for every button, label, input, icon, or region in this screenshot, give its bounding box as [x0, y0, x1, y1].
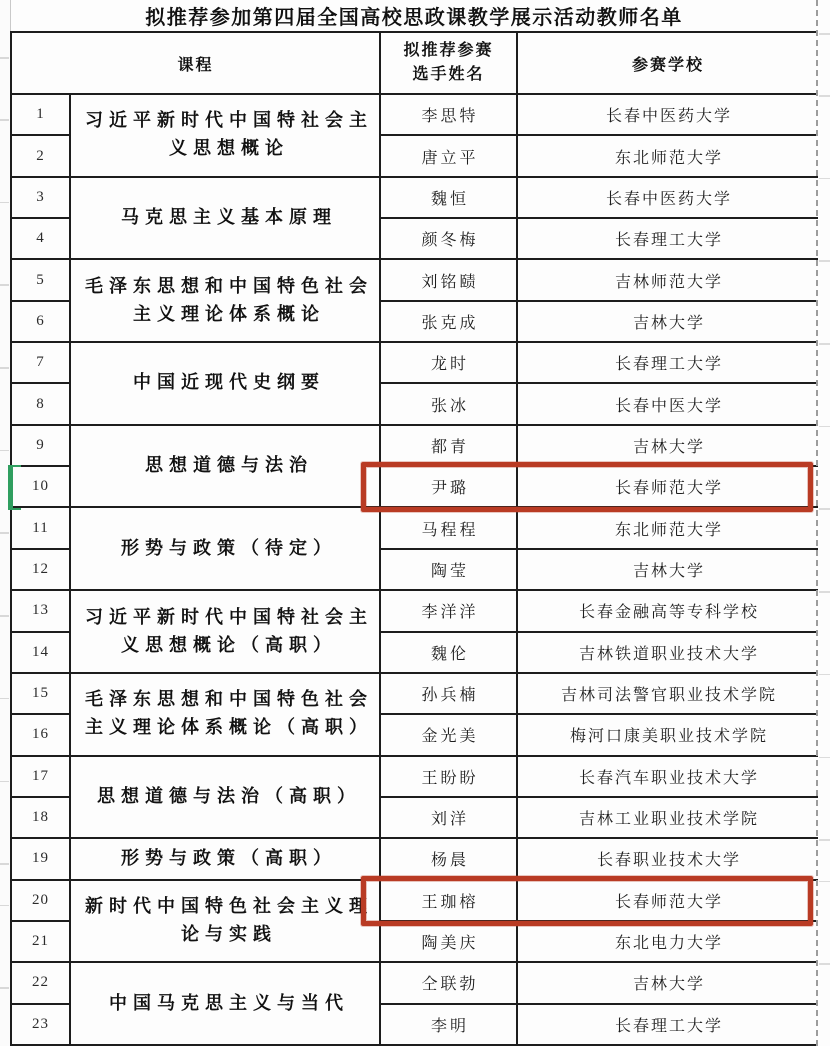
row-number-cell: 5	[12, 260, 71, 301]
school-cell: 长春金融高等专科学校	[518, 591, 818, 632]
row-number-cell: 8	[12, 384, 71, 425]
gridline-tick-left	[0, 119, 9, 121]
course-cell: 毛泽东思想和中国特色社会主义理论体系概论	[71, 260, 381, 343]
teacher-name-cell: 仝联勃	[381, 963, 518, 1004]
teacher-name-cell: 张克成	[381, 302, 518, 343]
row-number-cell: 11	[12, 508, 71, 549]
school-cell: 长春中医药大学	[518, 178, 818, 219]
gridline-tick-right	[819, 95, 830, 97]
teacher-name-cell: 魏伦	[381, 633, 518, 674]
gridline-tick-left	[0, 698, 9, 700]
teacher-name-cell: 魏恒	[381, 178, 518, 219]
gridline-tick-left	[0, 202, 9, 204]
highlight-box-row20	[361, 876, 813, 926]
school-cell: 吉林师范大学	[518, 260, 818, 301]
course-cell: 形势与政策（待定）	[71, 508, 381, 591]
teacher-name-cell: 龙时	[381, 343, 518, 384]
teacher-name-cell: 颜冬梅	[381, 219, 518, 260]
row-number-cell: 1	[12, 95, 71, 136]
course-cell: 中国马克思主义与当代	[71, 963, 381, 1046]
school-cell: 吉林大学	[518, 426, 818, 467]
teacher-name-cell: 王盼盼	[381, 757, 518, 798]
row-number-cell: 6	[12, 302, 71, 343]
gridline-tick-right	[819, 426, 830, 428]
row-number-cell: 12	[12, 550, 71, 591]
header-contestant-name: 拟推荐参赛 选手姓名	[381, 33, 518, 95]
gridline-tick-right	[819, 591, 830, 593]
gridline-tick-right	[819, 260, 830, 262]
school-cell: 梅河口康美职业技术学院	[518, 715, 818, 756]
school-cell: 吉林工业职业技术学院	[518, 798, 818, 839]
school-cell: 东北师范大学	[518, 508, 818, 549]
gridline-tick-left	[0, 863, 9, 865]
gridline-tick-left	[0, 987, 9, 989]
gridline-tick-right	[819, 343, 830, 345]
gridline-tick-left	[0, 367, 9, 369]
row-number-cell: 21	[12, 922, 71, 963]
teacher-name-cell: 李洋洋	[381, 591, 518, 632]
course-cell: 思想道德与法治	[71, 426, 381, 509]
school-cell: 长春理工大学	[518, 343, 818, 384]
row-number-cell: 3	[12, 178, 71, 219]
teacher-name-cell: 金光美	[381, 715, 518, 756]
gridline-tick-right	[819, 757, 830, 759]
teacher-name-cell: 马程程	[381, 508, 518, 549]
row-number-cell: 13	[12, 591, 71, 632]
gridline-tick-left	[0, 781, 9, 783]
teacher-name-cell: 孙兵楠	[381, 674, 518, 715]
row-number-cell: 17	[12, 757, 71, 798]
teacher-name-cell: 杨晨	[381, 839, 518, 880]
table-title: 拟推荐参加第四届全国高校思政课教学展示活动教师名单	[10, 0, 818, 33]
teacher-name-cell: 都青	[381, 426, 518, 467]
gridline-tick-right	[819, 178, 830, 180]
page-break-dashed-line	[816, 0, 818, 1046]
row-number-cell: 2	[12, 136, 71, 177]
table-header-row: 课程 拟推荐参赛 选手姓名 参赛学校	[10, 33, 818, 95]
teacher-name-cell: 张冰	[381, 384, 518, 425]
row-number-cell: 10	[12, 467, 71, 508]
course-cell: 思想道德与法治（高职）	[71, 757, 381, 840]
course-cell: 习近平新时代中国特社会主义思想概论（高职）	[71, 591, 381, 674]
teacher-name-cell: 陶莹	[381, 550, 518, 591]
gridline-tick-left	[0, 450, 9, 452]
spreadsheet-page: 拟推荐参加第四届全国高校思政课教学展示活动教师名单 课程 拟推荐参赛 选手姓名 …	[0, 0, 830, 1046]
gridline-tick-right	[819, 963, 830, 965]
school-cell: 吉林司法警官职业技术学院	[518, 674, 818, 715]
school-cell: 吉林大学	[518, 302, 818, 343]
row-number-cell: 23	[12, 1005, 71, 1046]
school-cell: 长春中医大学	[518, 384, 818, 425]
school-cell: 长春理工大学	[518, 1005, 818, 1046]
school-cell: 东北电力大学	[518, 922, 818, 963]
row-number-cell: 20	[12, 881, 71, 922]
school-cell: 吉林大学	[518, 963, 818, 1004]
gridline-tick-right	[819, 508, 830, 510]
course-cell: 中国近现代史纲要	[71, 343, 381, 426]
row-number-cell: 4	[12, 219, 71, 260]
course-cell: 新时代中国特色社会主义理论与实践	[71, 881, 381, 964]
teacher-name-cell: 李明	[381, 1005, 518, 1046]
highlight-box-row10	[361, 462, 813, 512]
row-number-cell: 7	[12, 343, 71, 384]
school-cell: 长春职业技术大学	[518, 839, 818, 880]
row-number-cell: 18	[12, 798, 71, 839]
gridline-tick-right	[819, 674, 830, 676]
gridline-tick-left	[0, 615, 9, 617]
gridline-tick-right	[819, 839, 830, 841]
row-number-cell: 19	[12, 839, 71, 880]
gridline-tick-left	[0, 532, 9, 534]
teacher-name-cell: 李思特	[381, 95, 518, 136]
course-cell: 习近平新时代中国特社会主义思想概论	[71, 95, 381, 178]
header-school: 参赛学校	[518, 33, 818, 95]
header-course: 课程	[12, 33, 381, 95]
gridline-tick-left	[0, 284, 9, 286]
teacher-name-cell: 唐立平	[381, 136, 518, 177]
teacher-name-cell: 陶美庆	[381, 922, 518, 963]
course-cell: 毛泽东思想和中国特色社会主义理论体系概论（高职）	[71, 674, 381, 757]
row-number-cell: 14	[12, 633, 71, 674]
row-number-cell: 15	[12, 674, 71, 715]
gridline-tick-right	[819, 881, 830, 883]
gridline-tick-left	[0, 57, 9, 59]
gridline-tick-right	[819, 33, 830, 35]
teacher-name-cell: 刘铭赜	[381, 260, 518, 301]
school-cell: 长春中医药大学	[518, 95, 818, 136]
course-cell: 形势与政策（高职）	[71, 839, 381, 880]
row-number-cell: 16	[12, 715, 71, 756]
course-cell: 马克思主义基本原理	[71, 178, 381, 261]
row-number-cell: 9	[12, 426, 71, 467]
teacher-name-cell: 刘洋	[381, 798, 518, 839]
school-cell: 吉林铁道职业技术大学	[518, 633, 818, 674]
row-number-cell: 22	[12, 963, 71, 1004]
selection-marker-row10	[8, 465, 13, 510]
school-cell: 东北师范大学	[518, 136, 818, 177]
school-cell: 吉林大学	[518, 550, 818, 591]
school-cell: 长春理工大学	[518, 219, 818, 260]
school-cell: 长春汽车职业技术大学	[518, 757, 818, 798]
gridline-tick-left	[0, 905, 9, 907]
